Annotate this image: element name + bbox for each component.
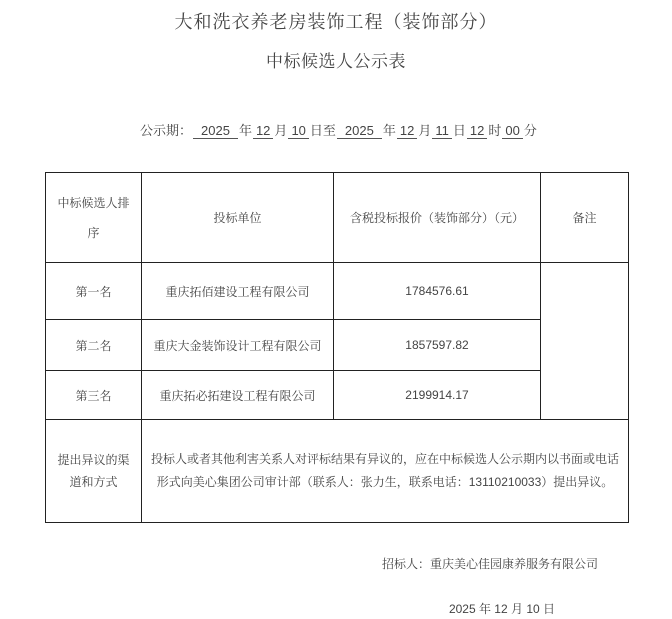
publicity-year-char: 年 — [239, 123, 252, 138]
tenderer-line: 招标人：重庆美心佳园康养服务有限公司 — [0, 556, 672, 572]
publish-date: 2025 年 12 月 10 日 — [0, 601, 672, 617]
bidder-cell: 重庆拓佰建设工程有限公司 — [142, 263, 334, 320]
publicity-to-char: 日至 — [310, 123, 336, 138]
rank-cell: 第三名 — [46, 371, 142, 420]
table-row: 第一名 重庆拓佰建设工程有限公司 1784576.61 — [46, 263, 629, 320]
remark-cell — [541, 263, 629, 420]
publicity-start-year: 2025 — [193, 123, 238, 139]
price-cell: 1857597.82 — [334, 320, 541, 371]
publicity-end-day: 11 — [432, 123, 452, 139]
rank-cell: 第二名 — [46, 320, 142, 371]
publicity-end-minute: 00 — [502, 123, 522, 139]
publicity-day-char: 日 — [453, 123, 466, 138]
publicity-label: 公示期： — [140, 123, 192, 138]
objection-row: 提出异议的渠道和方式 投标人或者其他利害关系人对评标结果有异议的，应在中标候选人… — [46, 420, 629, 523]
objection-content-cell: 投标人或者其他利害关系人对评标结果有异议的，应在中标候选人公示期内以书面或电话形… — [142, 420, 629, 523]
bidder-cell: 重庆拓必拓建设工程有限公司 — [142, 371, 334, 420]
table-header-row: 中标候选人排序 投标单位 含税投标报价（装饰部分）（元） 备注 — [46, 173, 629, 263]
column-header-bidder: 投标单位 — [142, 173, 334, 263]
objection-label-cell: 提出异议的渠道和方式 — [46, 420, 142, 523]
publicity-end-year: 2025 — [337, 123, 382, 139]
bid-candidates-table: 中标候选人排序 投标单位 含税投标报价（装饰部分）（元） 备注 第一名 重庆拓佰… — [45, 172, 629, 523]
price-cell: 2199914.17 — [334, 371, 541, 420]
bidder-cell: 重庆大金装饰设计工程有限公司 — [142, 320, 334, 371]
publicity-month-char: 月 — [274, 123, 287, 138]
publicity-minute-char: 分 — [524, 123, 537, 138]
column-header-rank: 中标候选人排序 — [46, 173, 142, 263]
publicity-end-hour: 12 — [467, 123, 487, 139]
publicity-period-line: 公示期：2025年12月10日至2025年12月11日12时00分 — [140, 122, 672, 140]
price-cell: 1784576.61 — [334, 263, 541, 320]
page-title-line2: 中标候选人公示表 — [0, 52, 672, 72]
publicity-year-char2: 年 — [383, 123, 396, 138]
page-title-line1: 大和洗衣养老房装饰工程（装饰部分） — [0, 0, 672, 33]
publicity-start-month: 12 — [253, 123, 273, 139]
rank-cell: 第一名 — [46, 263, 142, 320]
publicity-start-day: 10 — [288, 123, 308, 139]
publicity-end-month: 12 — [397, 123, 417, 139]
publicity-hour-char: 时 — [488, 123, 501, 138]
column-header-remark: 备注 — [541, 173, 629, 263]
column-header-price: 含税投标报价（装饰部分）（元） — [334, 173, 541, 263]
publicity-month-char2: 月 — [418, 123, 431, 138]
